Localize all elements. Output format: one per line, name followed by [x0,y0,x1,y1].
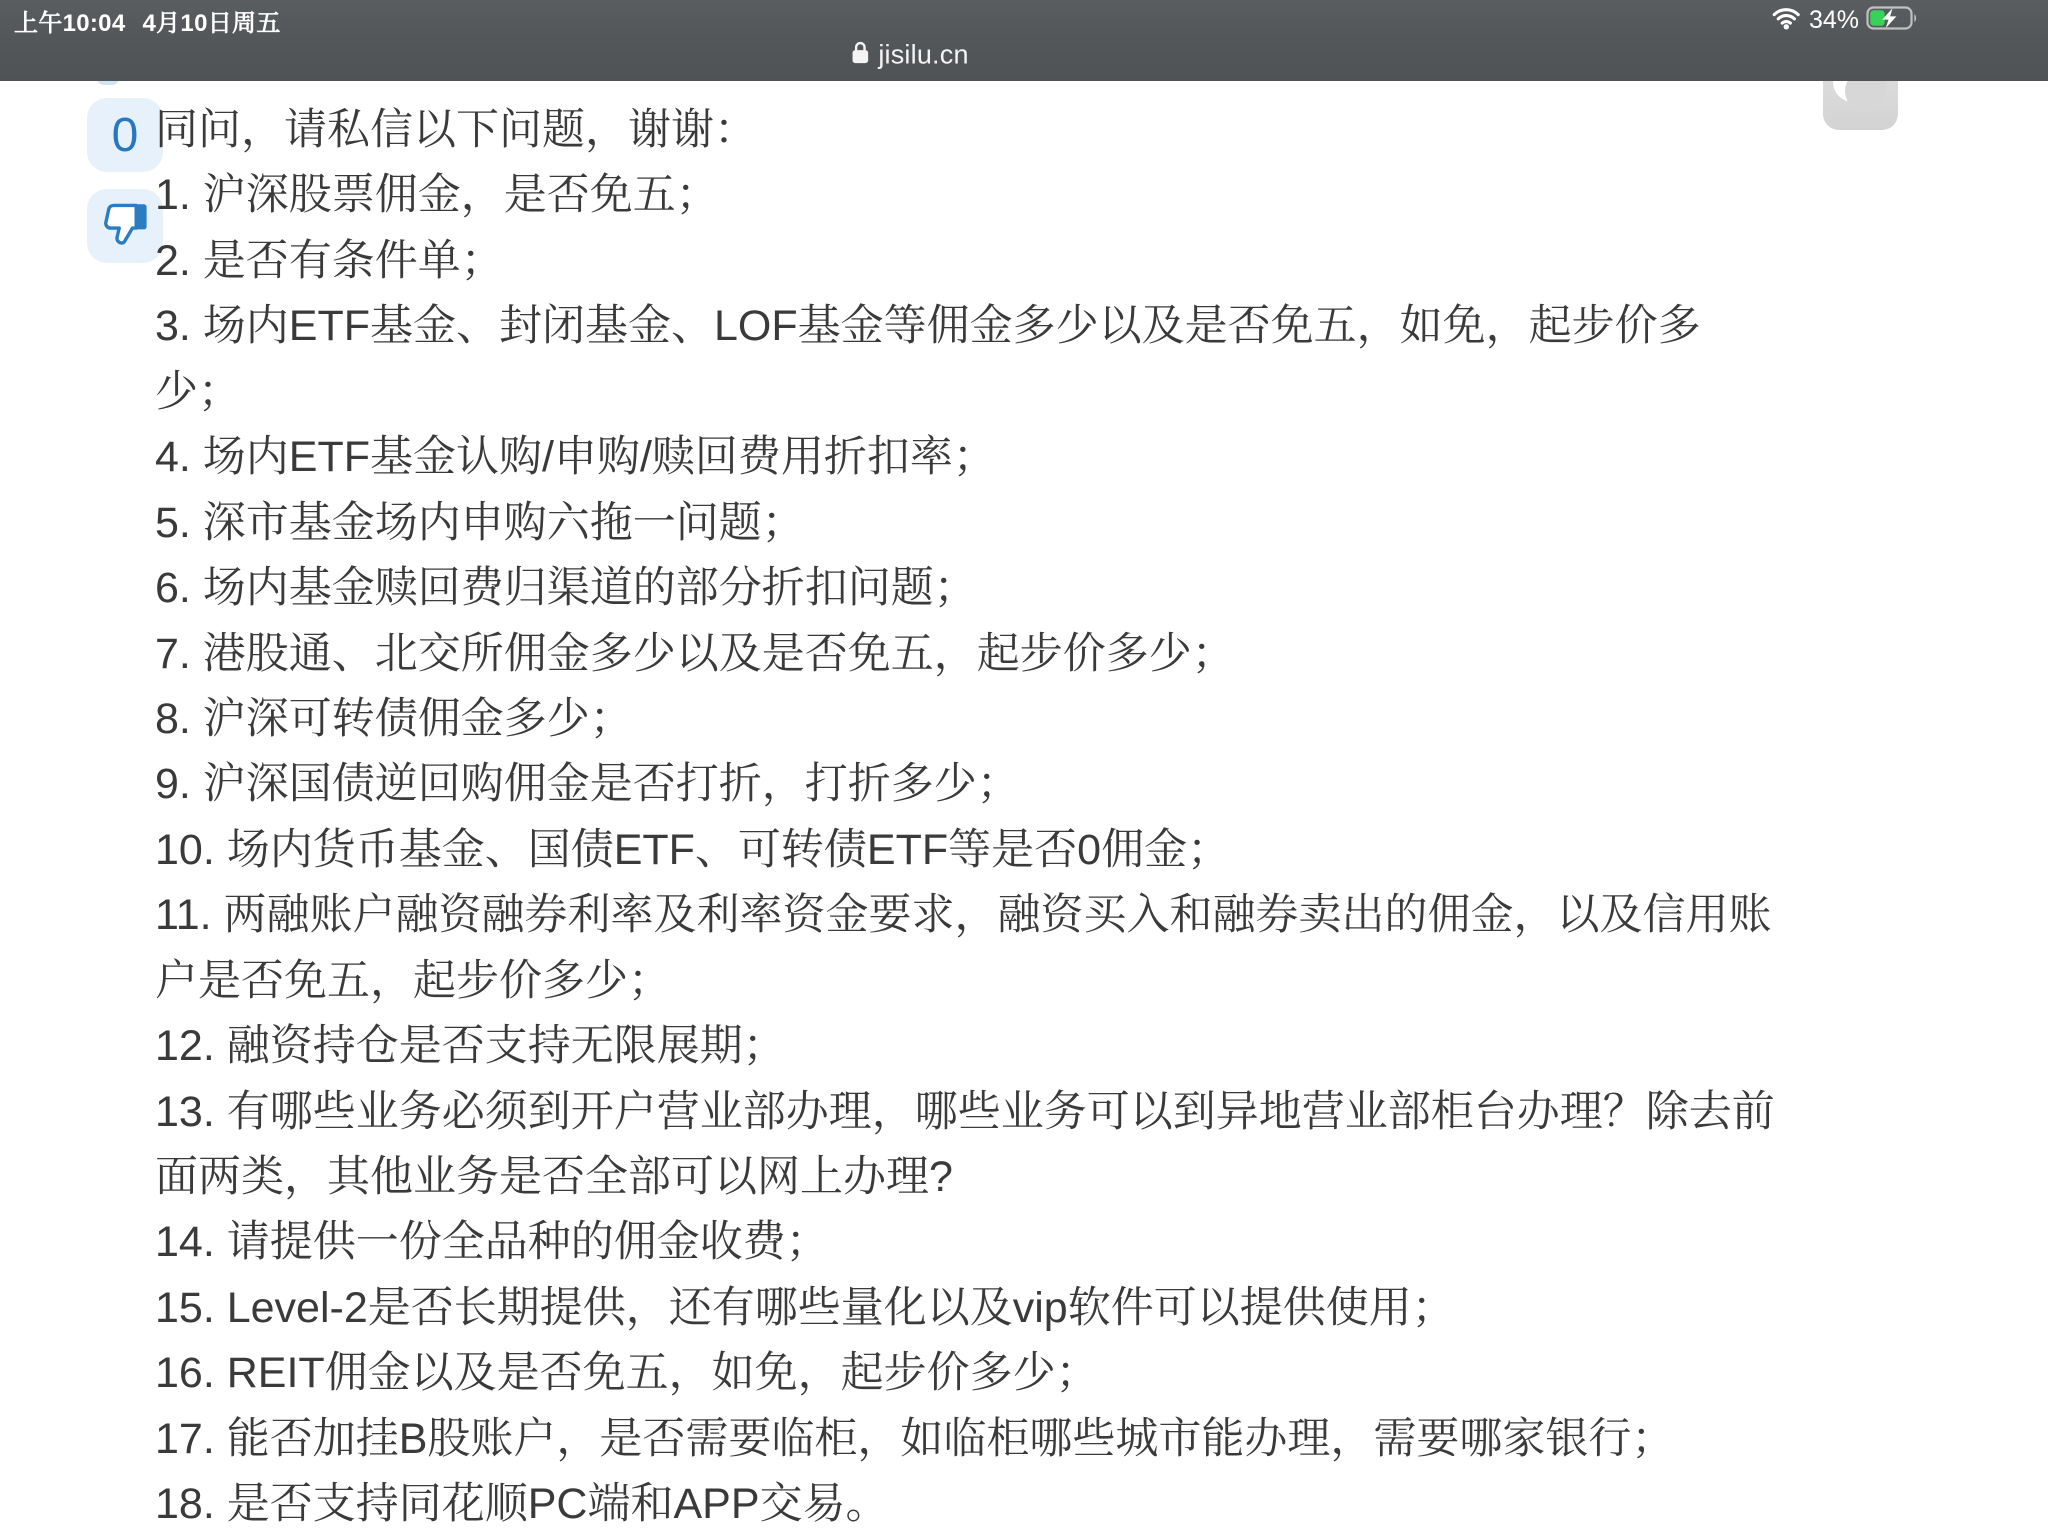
post-line: 面两类，其他业务是否全部可以网上办理? [155,1145,1775,1210]
post-line: 户是否免五，起步价多少； [155,949,1775,1014]
post-line: 5. 深市基金场内申购六拖一问题； [155,491,1775,556]
post-line: 14. 请提供一份全品种的佣金收费； [155,1210,1775,1275]
post-line: 8. 沪深可转债佣金多少； [155,687,1775,752]
url-domain: jisilu.cn [878,40,968,71]
browser-header: 上午10:04 4月10日周五 34% [0,0,2048,81]
post-line: 18. 是否支持同花顺PC端和APP交易。 [155,1472,1775,1536]
post-body: 同问，请私信以下问题，谢谢：1. 沪深股票佣金，是否免五；2. 是否有条件单；3… [155,98,1775,1536]
post-line: 12. 融资持仓是否支持无限展期； [155,1014,1775,1079]
downvote-button[interactable] [87,189,163,263]
post-line: 2. 是否有条件单； [155,229,1775,294]
status-bar-left: 上午10:04 4月10日周五 [14,0,281,40]
post-line: 6. 场内基金赎回费归渠道的部分折扣问题； [155,556,1775,621]
vote-count-label: 0 [112,108,139,163]
address-bar[interactable]: jisilu.cn [851,40,968,71]
battery-percent-label: 34% [1809,6,1859,35]
status-date: 4月10日周五 [142,3,280,38]
lock-icon [851,41,869,70]
status-bar-right: 34% [1771,0,1918,40]
thumbs-down-icon [101,203,149,250]
post-line: 9. 沪深国债逆回购佣金是否打折，打折多少； [155,752,1775,817]
post-line: 13. 有哪些业务必须到开户营业部办理，哪些业务可以到异地营业部柜台办理？除去前 [155,1080,1775,1145]
status-time: 上午10:04 [14,3,125,38]
post-line: 3. 场内ETF基金、封闭基金、LOF基金等佣金多少以及是否免五，如免，起步价多 [155,294,1775,359]
battery-charging-icon [1866,6,1918,35]
post-line: 17. 能否加挂B股账户，是否需要临柜，如临柜哪些城市能办理，需要哪家银行； [155,1407,1775,1472]
post-line: 15. Level-2是否长期提供，还有哪些量化以及vip软件可以提供使用； [155,1276,1775,1341]
post-line: 11. 两融账户融资融券利率及利率资金要求，融资买入和融券卖出的佣金，以及信用账 [155,883,1775,948]
vote-count-badge[interactable]: 0 [87,98,163,172]
post-line: 7. 港股通、北交所佣金多少以及是否免五，起步价多少； [155,622,1775,687]
post-line: 1. 沪深股票佣金，是否免五； [155,163,1775,228]
post-line: 4. 场内ETF基金认购/申购/赎回费用折扣率； [155,425,1775,490]
post-line: 16. REIT佣金以及是否免五，如免，起步价多少； [155,1341,1775,1406]
wifi-icon [1771,6,1802,35]
browser-screen: 上午10:04 4月10日周五 34% [0,0,2048,1536]
post-line: 少； [155,360,1775,425]
post-line: 10. 场内货币基金、国债ETF、可转债ETF等是否0佣金； [155,818,1775,883]
post-line: 同问，请私信以下问题，谢谢： [155,98,1775,163]
